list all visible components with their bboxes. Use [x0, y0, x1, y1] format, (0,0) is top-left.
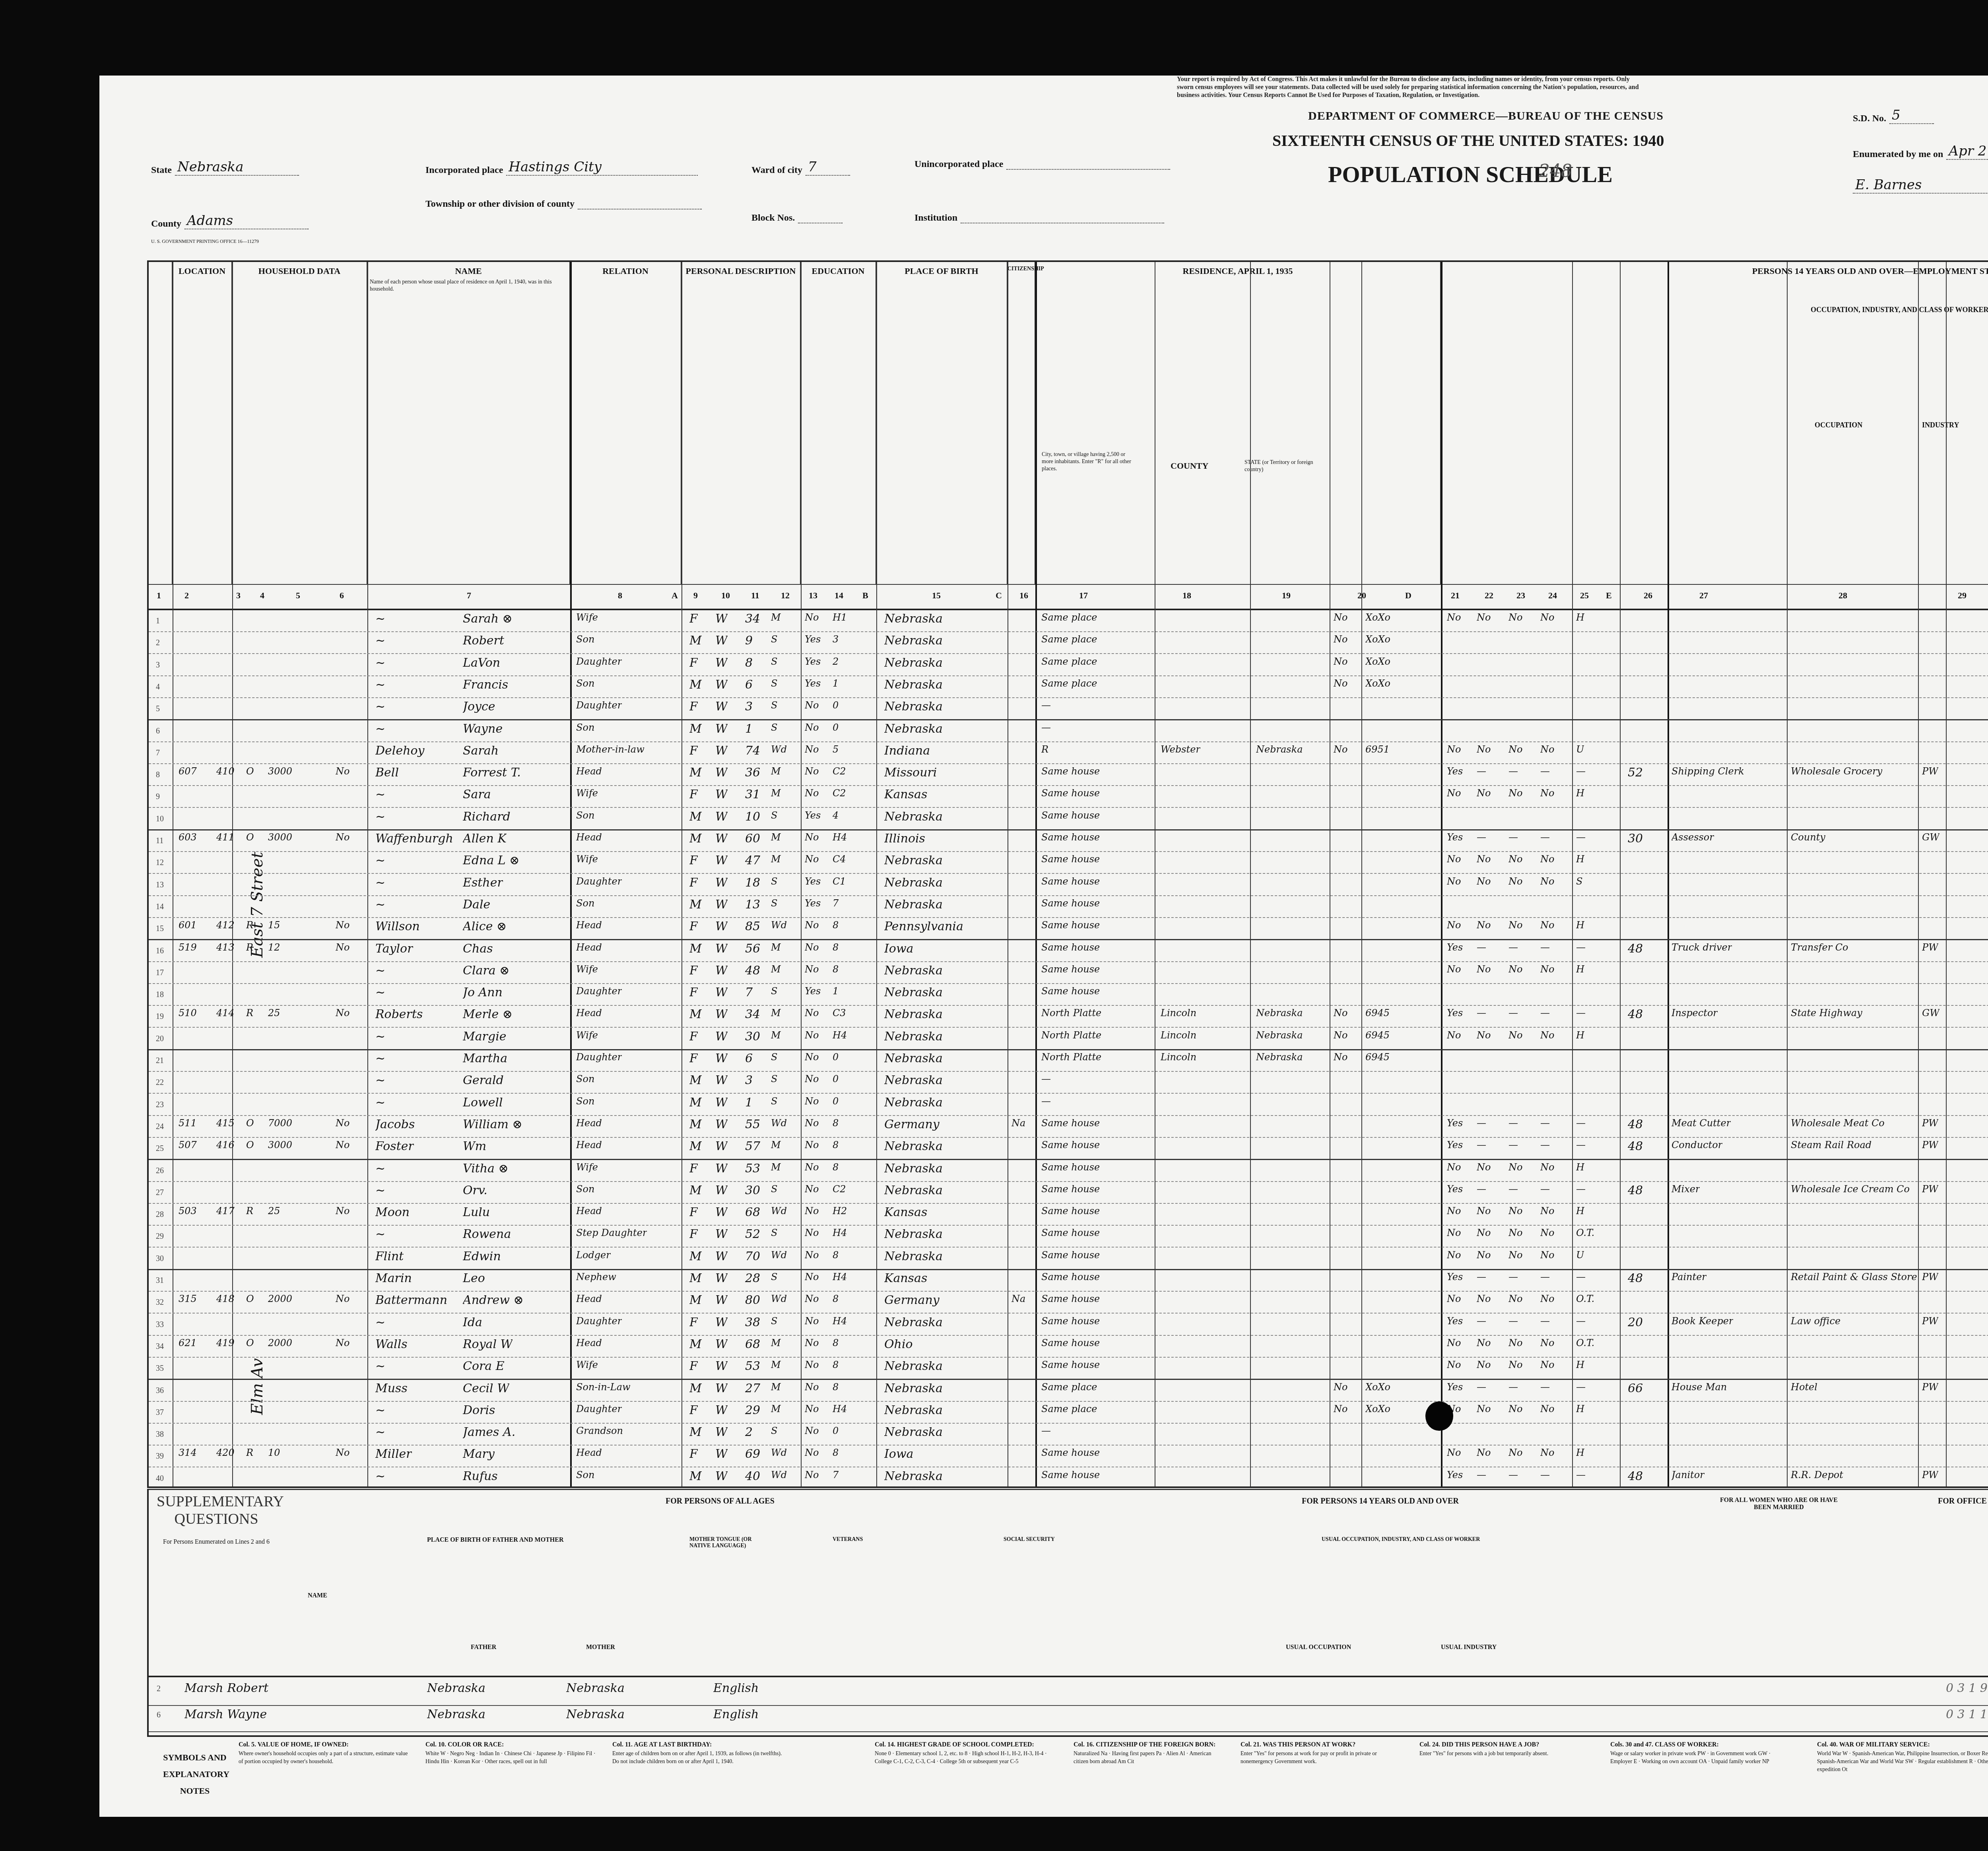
cell-surname: Foster: [375, 1139, 414, 1153]
cell-given: Gerald: [463, 1073, 504, 1087]
cell-school: No: [805, 1118, 819, 1129]
cell-grade: 4: [833, 810, 839, 821]
cell-grade: C4: [833, 854, 846, 865]
cell-sex: M: [689, 810, 702, 824]
cell-birthplace: Nebraska: [884, 1403, 943, 1417]
cell-surname: Waffenburgh: [375, 832, 453, 846]
cell-given: Wayne: [463, 722, 503, 736]
header-relation: RELATION: [570, 262, 681, 584]
cell-race: W: [715, 1052, 728, 1065]
cell-marital: Wd: [771, 1469, 787, 1480]
cell-visit: 416: [216, 1139, 235, 1151]
cell-occupation: House Man: [1672, 1381, 1727, 1393]
cell-marital: M: [771, 1337, 781, 1348]
table-row: 11603411O3000NoWaffenburghAllen KHeadMW6…: [149, 829, 1988, 852]
cell-farm: No: [336, 1447, 349, 1458]
cell-surname: ~: [375, 876, 385, 890]
cell-relation: Daughter: [576, 986, 622, 997]
cell-relation: Son: [576, 810, 594, 821]
cell-same-house: No: [1334, 612, 1347, 623]
cell-relation: Head: [576, 1293, 602, 1304]
table-row: 31MarinLeoNephewMW28SNoH4KansasSame hous…: [149, 1269, 1988, 1292]
section-all-ages: FOR PERSONS OF ALL AGES: [666, 1497, 775, 1506]
cell-surname: ~: [375, 678, 385, 692]
cell-age: 53: [745, 1359, 760, 1373]
cell-line: 35: [156, 1364, 164, 1373]
cell-seeking: No: [1508, 920, 1522, 931]
cell-seeking: No: [1508, 854, 1522, 865]
cell-grade: 8: [833, 964, 839, 975]
cell-grade: H4: [833, 832, 847, 843]
note-block: Col. 14. HIGHEST GRADE OF SCHOOL COMPLET…: [875, 1741, 1050, 1766]
cell-marital: M: [771, 942, 781, 953]
cell-value: 10: [268, 1447, 280, 1458]
cell-own: O: [246, 766, 254, 777]
cell-line: 30: [156, 1254, 164, 1263]
supplementary-questions: SUPPLEMENTARY QUESTIONS For Persons Enum…: [147, 1489, 1988, 1737]
cell-house: 621: [179, 1337, 197, 1348]
cell-given: Merle ⊗: [463, 1007, 513, 1021]
cell-value: 3000: [268, 832, 292, 843]
cell-marital: S: [771, 1052, 777, 1063]
cell-given: Jo Ann: [463, 986, 503, 999]
cell-surname: ~: [375, 1315, 385, 1329]
cell-has-job: —: [1540, 1381, 1550, 1393]
cell-res1935: Same place: [1041, 678, 1097, 689]
cell-grade: 7: [833, 1469, 839, 1480]
cell-grade: H1: [833, 612, 847, 623]
cell-at-work: Yes: [1447, 832, 1463, 843]
table-row: 35~Cora EWifeFW53MNo8NebraskaSame houseN…: [149, 1357, 1988, 1380]
cell-grade: H4: [833, 1271, 847, 1283]
cell-relation: Daughter: [576, 1052, 622, 1063]
cell-birthplace: Nebraska: [884, 1184, 943, 1197]
county-field: County Adams: [151, 213, 309, 229]
cell-line: 4: [156, 683, 160, 692]
sd-number-field: S.D. No. 5: [1853, 107, 1934, 124]
cell-farm: No: [336, 1118, 349, 1129]
cell-school: No: [805, 1162, 819, 1173]
cell-pub-emerg: No: [1477, 920, 1491, 931]
cell-given: Martha: [463, 1052, 507, 1065]
cell-surname: Jacobs: [375, 1118, 415, 1131]
cell-race: W: [715, 810, 728, 824]
cell-has-job: No: [1540, 1447, 1554, 1458]
cell-surname: ~: [375, 964, 385, 978]
cell-given: William ⊗: [463, 1118, 522, 1131]
note-block: Col. 5. VALUE OF HOME, IF OWNED:Where ow…: [239, 1741, 414, 1766]
confidentiality-notice: Your report is required by Act of Congre…: [1177, 76, 1646, 99]
cell-sex: F: [689, 876, 698, 890]
cell-line: 36: [156, 1386, 164, 1395]
cell-activity: H: [1576, 612, 1584, 623]
cell-has-job: No: [1540, 1337, 1554, 1348]
cell-race: W: [715, 1205, 728, 1219]
cell-sex: F: [689, 612, 698, 626]
cell-line: 34: [156, 1342, 164, 1351]
cell-birthplace: Iowa: [884, 1447, 913, 1461]
table-row: 25507416O3000NoFosterWmHeadMW57MNo8Nebra…: [149, 1137, 1988, 1160]
cell-marital: S: [771, 986, 777, 997]
table-row: 37~DorisDaughterFW29MNoH4NebraskaSame pl…: [149, 1401, 1988, 1424]
cell-has-job: —: [1540, 1007, 1550, 1019]
cell-given: Orv.: [463, 1184, 487, 1197]
cell-birthplace: Nebraska: [884, 854, 943, 867]
cell-grade: C2: [833, 1184, 846, 1195]
cell-line: 25: [156, 1144, 164, 1153]
cell-birthplace: Nebraska: [884, 1469, 943, 1483]
cell-hours: 66: [1628, 1381, 1643, 1395]
cell-line: 20: [156, 1034, 164, 1044]
table-row: 29~RowenaStep DaughterFW52SNoH4NebraskaS…: [149, 1225, 1988, 1248]
cell-sex: F: [689, 744, 698, 758]
cell-activity: —: [1576, 1184, 1586, 1195]
cell-grade: 0: [833, 1096, 839, 1107]
ink-blot: [1425, 1401, 1453, 1431]
cell-seeking: —: [1508, 942, 1518, 953]
cell-sex: F: [689, 788, 698, 801]
cell-has-job: No: [1540, 1250, 1554, 1261]
cell-school: Yes: [805, 986, 821, 997]
cell-res1935: North Platte: [1041, 1007, 1101, 1019]
cell-school: No: [805, 1425, 819, 1436]
cell-farm: No: [336, 1139, 349, 1151]
cell-age: 56: [745, 942, 760, 956]
cell-hours: 20: [1628, 1315, 1643, 1329]
cell-birthplace: Ohio: [884, 1337, 913, 1351]
cell-activity: —: [1576, 1118, 1586, 1129]
cell-own: O: [246, 832, 254, 843]
cell-school: No: [805, 788, 819, 799]
cell-at-work: No: [1447, 1447, 1461, 1458]
cell-marital: Wd: [771, 1293, 787, 1304]
cell-given: James A.: [463, 1425, 515, 1439]
note-block: Cols. 30 and 47. CLASS OF WORKER:Wage or…: [1610, 1741, 1777, 1766]
cell-race: W: [715, 788, 728, 801]
cell-occupation: Assessor: [1672, 832, 1714, 843]
cell-marital: S: [771, 1096, 777, 1107]
cell-same-house: No: [1334, 1403, 1347, 1414]
cell-race: W: [715, 1118, 728, 1131]
cell-same-house: No: [1334, 678, 1347, 689]
cell-industry: Retail Paint & Glass Store: [1791, 1271, 1917, 1283]
cell-sex: M: [689, 832, 702, 846]
cell-relation: Wife: [576, 788, 598, 799]
cell-race: W: [715, 942, 728, 956]
cell-res1935: Same house: [1041, 1271, 1100, 1283]
header-personal-description: PERSONAL DESCRIPTION: [681, 262, 801, 584]
cell-at-work: Yes: [1447, 1381, 1463, 1393]
cell-seeking: No: [1508, 1205, 1522, 1217]
cell-seeking: No: [1508, 744, 1522, 755]
cell-relation: Son: [576, 1469, 594, 1480]
table-row: 28503417R25NoMoonLuluHeadFW68WdNoH2Kansa…: [149, 1203, 1988, 1226]
cell-house: 603: [179, 832, 197, 843]
cell-marital: M: [771, 832, 781, 843]
cell-grade: 5: [833, 744, 839, 755]
cell-activity: H: [1576, 1030, 1584, 1041]
cell-grade: C1: [833, 876, 846, 887]
cell-surname: ~: [375, 634, 385, 648]
cell-sex: F: [689, 854, 698, 867]
cell-occupation: Meat Cutter: [1672, 1118, 1731, 1129]
cell-has-job: No: [1540, 1293, 1554, 1304]
cell-given: Esther: [463, 876, 503, 890]
cell-pub-emerg: —: [1477, 1184, 1486, 1195]
table-row: 21~MarthaDaughterFW6SNo0NebraskaNorth Pl…: [149, 1049, 1988, 1072]
cell-occupation: Book Keeper: [1672, 1315, 1733, 1327]
table-row: 7DelehoySarahMother-in-lawFW74WdNo5India…: [149, 741, 1988, 764]
cell-marital: M: [771, 612, 781, 623]
cell-seeking: —: [1508, 832, 1518, 843]
cell-surname: ~: [375, 700, 385, 714]
cell-birthplace: Nebraska: [884, 612, 943, 626]
cell-given: Sarah: [463, 744, 499, 758]
cell-race: W: [715, 634, 728, 648]
cell-birthplace: Germany: [884, 1293, 940, 1307]
cell-given: Sarah ⊗: [463, 612, 513, 626]
cell-class: PW: [1922, 1118, 1938, 1129]
cell-race: W: [715, 1227, 728, 1241]
cell-activity: U: [1576, 744, 1584, 755]
cell-age: 6: [745, 1052, 753, 1065]
cell-age: 53: [745, 1162, 760, 1176]
cell-class: PW: [1922, 1381, 1938, 1393]
cell-code-d: 6945: [1365, 1052, 1390, 1063]
cell-value: 25: [268, 1007, 280, 1019]
cell-res-state: Nebraska: [1256, 1052, 1303, 1063]
cell-has-job: No: [1540, 876, 1554, 887]
cell-has-job: No: [1540, 1227, 1554, 1238]
cell-seeking: No: [1508, 1250, 1522, 1261]
cell-school: No: [805, 1403, 819, 1414]
table-row: 19510414R25NoRobertsMerle ⊗HeadMW34MNoC3…: [149, 1005, 1988, 1028]
cell-given: Edna L ⊗: [463, 854, 519, 867]
cell-school: No: [805, 1227, 819, 1238]
cell-line: 22: [156, 1078, 164, 1087]
cell-visit: 419: [216, 1337, 235, 1348]
cell-house: 507: [179, 1139, 197, 1151]
cell-farm: No: [336, 832, 349, 843]
cell-at-work: No: [1447, 1162, 1461, 1173]
cell-activity: H: [1576, 1403, 1584, 1414]
cell-pub-emerg: —: [1477, 832, 1486, 843]
cell-relation: Head: [576, 1205, 602, 1217]
cell-res1935: Same house: [1041, 1139, 1100, 1151]
cell-activity: —: [1576, 1469, 1586, 1480]
cell-res1935: Same house: [1041, 1162, 1100, 1173]
cell-school: No: [805, 1271, 819, 1283]
table-row: 22~GeraldSonMW3SNo0Nebraska—22: [149, 1071, 1988, 1094]
cell-code-d: XoXo: [1365, 612, 1390, 623]
cell-line: 5: [156, 704, 160, 714]
cell-birthplace: Nebraska: [884, 1227, 943, 1241]
cell-at-work: Yes: [1447, 1315, 1463, 1327]
cell-visit: 413: [216, 942, 235, 953]
cell-age: 55: [745, 1118, 760, 1131]
cell-given: Leo: [463, 1271, 485, 1285]
table-row: 15601412R15NoWillsonAlice ⊗HeadFW85WdNo8…: [149, 917, 1988, 940]
cell-given: Wm: [463, 1139, 486, 1153]
cell-given: Andrew ⊗: [463, 1293, 524, 1307]
cell-pub-emerg: No: [1477, 854, 1491, 865]
township-field: Township or other division of county: [425, 199, 712, 210]
cell-surname: Roberts: [375, 1007, 423, 1021]
cell-given: Doris: [463, 1403, 495, 1417]
cell-seeking: —: [1508, 1469, 1518, 1480]
cell-age: 1: [745, 722, 753, 736]
cell-at-work: Yes: [1447, 1469, 1463, 1480]
table-row: 38~James A.GrandsonMW2SNo0Nebraska—38: [149, 1423, 1988, 1445]
cell-birthplace: Nebraska: [884, 1359, 943, 1373]
cell-seeking: No: [1508, 1162, 1522, 1173]
cell-race: W: [715, 876, 728, 890]
cell-seeking: No: [1508, 964, 1522, 975]
cell-occupation: Inspector: [1672, 1007, 1718, 1019]
cell-birthplace: Nebraska: [884, 1030, 943, 1044]
cell-relation: Daughter: [576, 700, 622, 711]
cell-sex: M: [689, 1007, 702, 1021]
cell-activity: S: [1576, 876, 1582, 887]
cell-activity: —: [1576, 1381, 1586, 1393]
cell-line: 18: [156, 990, 164, 999]
cell-birthplace: Nebraska: [884, 656, 943, 670]
cell-sex: M: [689, 1073, 702, 1087]
cell-farm: No: [336, 1337, 349, 1348]
census-title: SIXTEENTH CENSUS OF THE UNITED STATES: 1…: [1272, 131, 1664, 150]
cell-activity: H: [1576, 1359, 1584, 1370]
table-row: 32315418O2000NoBattermannAndrew ⊗HeadMW8…: [149, 1291, 1988, 1314]
cell-race: W: [715, 920, 728, 933]
cell-relation: Head: [576, 1007, 602, 1019]
cell-relation: Son-in-Law: [576, 1381, 631, 1393]
table-row: 3~LaVonDaughterFW8SYes2NebraskaSame plac…: [149, 654, 1988, 676]
cell-res-state: Nebraska: [1256, 1030, 1303, 1041]
cell-surname: ~: [375, 1162, 385, 1176]
table-row: 24511415O7000NoJacobsWilliam ⊗HeadMW55Wd…: [149, 1115, 1988, 1138]
cell-seeking: —: [1508, 1184, 1518, 1195]
cell-has-job: No: [1540, 1403, 1554, 1414]
cell-surname: ~: [375, 1469, 385, 1483]
table-row: 30FlintEdwinLodgerMW70WdNo8NebraskaSame …: [149, 1247, 1988, 1270]
cell-school: No: [805, 612, 819, 623]
cell-surname: ~: [375, 722, 385, 736]
cell-relation: Daughter: [576, 1315, 622, 1327]
cell-grade: 0: [833, 1052, 839, 1063]
table-row: 8607410O3000NoBellForrest T.HeadMW36MNoC…: [149, 763, 1988, 786]
cell-industry: County: [1791, 832, 1825, 843]
cell-race: W: [715, 1381, 728, 1395]
cell-res1935: Same house: [1041, 1315, 1100, 1327]
cell-relation: Head: [576, 942, 602, 953]
cell-grade: 8: [833, 920, 839, 931]
cell-marital: Wd: [771, 1118, 787, 1129]
note-block: Col. 21. WAS THIS PERSON AT WORK?Enter "…: [1241, 1741, 1392, 1766]
cell-has-job: No: [1540, 1162, 1554, 1173]
cell-birthplace: Illinois: [884, 832, 925, 846]
table-row: 4~FrancisSonMW6SYes1NebraskaSame placeNo…: [149, 675, 1988, 698]
cell-grade: 7: [833, 898, 839, 909]
cell-age: 74: [745, 744, 760, 758]
cell-res1935: R: [1041, 744, 1048, 755]
cell-sex: M: [689, 1250, 702, 1263]
supplementary-row: 2 Marsh Robert Nebraska Nebraska English…: [149, 1676, 1988, 1706]
cell-sex: F: [689, 1359, 698, 1373]
cell-seeking: No: [1508, 1293, 1522, 1304]
supplementary-subtitle: For Persons Enumerated on Lines 2 and 6: [153, 1539, 280, 1546]
cell-class: PW: [1922, 1271, 1938, 1283]
enumerator-field: E. Barnes Enumerator: [1853, 177, 1988, 194]
cell-marital: S: [771, 810, 777, 821]
cell-at-work: Yes: [1447, 1007, 1463, 1019]
cell-line: 13: [156, 881, 164, 890]
table-row: 33~IdaDaughterFW38SNoH4NebraskaSame hous…: [149, 1313, 1988, 1336]
cell-pub-emerg: No: [1477, 788, 1491, 799]
cell-has-job: —: [1540, 766, 1550, 777]
cell-activity: O.T.: [1576, 1293, 1594, 1304]
cell-age: 30: [745, 1184, 760, 1197]
cell-birthplace: Nebraska: [884, 634, 943, 648]
cell-res1935: North Platte: [1041, 1030, 1101, 1041]
cell-given: Sara: [463, 788, 491, 801]
cell-grade: C2: [833, 788, 846, 799]
cell-relation: Wife: [576, 854, 598, 865]
header-household-data: HOUSEHOLD DATA: [232, 262, 367, 584]
cell-class: PW: [1922, 942, 1938, 953]
cell-relation: Wife: [576, 1030, 598, 1041]
cell-relation: Wife: [576, 612, 598, 623]
cell-relation: Head: [576, 1447, 602, 1458]
table-row: 40~RufusSonMW40WdNo7NebraskaSame houseYe…: [149, 1467, 1988, 1490]
cell-house: 511: [179, 1118, 197, 1129]
cell-surname: ~: [375, 1359, 385, 1373]
cell-line: 40: [156, 1474, 164, 1483]
cell-race: W: [715, 700, 728, 714]
cell-seeking: No: [1508, 1403, 1522, 1414]
cell-marital: Wd: [771, 1205, 787, 1217]
cell-relation: Mother-in-law: [576, 744, 645, 755]
cell-age: 68: [745, 1205, 760, 1219]
cell-marital: S: [771, 1184, 777, 1195]
cell-industry: Wholesale Grocery: [1791, 766, 1882, 777]
cell-surname: ~: [375, 612, 385, 626]
cell-pub-emerg: —: [1477, 1271, 1486, 1283]
cell-at-work: No: [1447, 1293, 1461, 1304]
cell-surname: ~: [375, 1403, 385, 1417]
cell-surname: Flint: [375, 1250, 404, 1263]
cell-birthplace: Nebraska: [884, 1007, 943, 1021]
cell-grade: 8: [833, 1139, 839, 1151]
cell-marital: M: [771, 1139, 781, 1151]
cell-relation: Grandson: [576, 1425, 623, 1436]
cell-grade: 0: [833, 700, 839, 711]
cell-has-job: —: [1540, 832, 1550, 843]
cell-at-work: No: [1447, 1359, 1461, 1370]
cell-seeking: No: [1508, 1030, 1522, 1041]
cell-same-house: No: [1334, 1052, 1347, 1063]
cell-marital: M: [771, 854, 781, 865]
cell-relation: Step Daughter: [576, 1227, 647, 1238]
cell-marital: Wd: [771, 1447, 787, 1458]
cell-line: 28: [156, 1210, 164, 1219]
cell-res1935: Same house: [1041, 920, 1100, 931]
cell-relation: Wife: [576, 964, 598, 975]
cell-line: 32: [156, 1298, 164, 1307]
cell-birthplace: Indiana: [884, 744, 930, 758]
notes-title: SYMBOLS AND EXPLANATORY NOTES: [163, 1749, 227, 1799]
cell-visit: 415: [216, 1118, 235, 1129]
cell-relation: Wife: [576, 1359, 598, 1370]
